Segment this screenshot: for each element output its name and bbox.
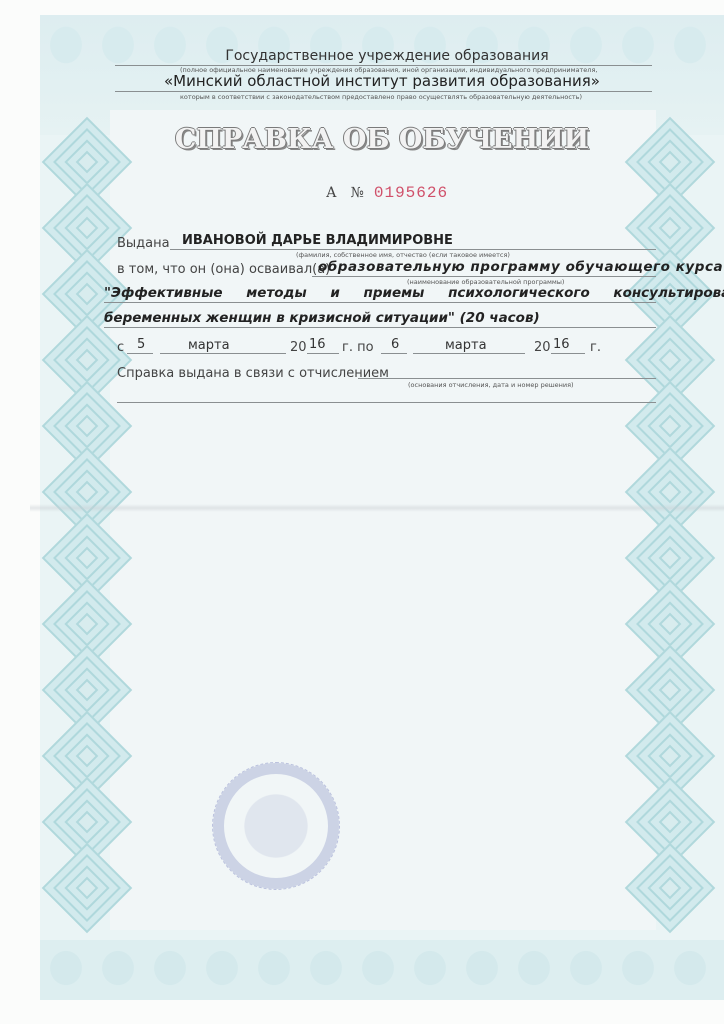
to-year-line: [551, 353, 585, 354]
expulsion-line: [358, 378, 656, 379]
from-label: с: [117, 340, 124, 355]
to-year-prefix: 20: [534, 340, 551, 355]
recipient-caption: (фамилия, собственное имя, отчество (есл…: [296, 251, 510, 259]
issued-to-label: Выдана: [117, 236, 170, 251]
program-line-1: образовательную программу обучающего кур…: [318, 259, 723, 275]
document-content: Государственное учреждение образования (…: [0, 0, 724, 1024]
to-month: марта: [445, 338, 487, 353]
program-line-1-underline: [312, 276, 656, 277]
to-day-line: [381, 353, 407, 354]
end-suffix: г.: [590, 340, 601, 355]
header-line-2: [115, 91, 652, 92]
program-label: в том, что он (она) осваивал(а): [117, 262, 330, 277]
from-month: марта: [188, 338, 230, 353]
document-number: 0195626: [374, 184, 448, 202]
expulsion-caption: (основания отчисления, дата и номер реше…: [408, 381, 574, 389]
from-year: 16: [309, 337, 326, 352]
number-sign: №: [351, 185, 364, 201]
document-title: СПРАВКА ОБ ОБУЧЕНИИ: [0, 124, 724, 155]
from-year-prefix: 20: [290, 340, 307, 355]
recipient-name: ИВАНОВОЙ ДАРЬЕ ВЛАДИМИРОВНЕ: [182, 233, 453, 248]
series-letter: А: [326, 185, 337, 201]
to-label: г. по: [342, 340, 374, 355]
institution-type: Государственное учреждение образования: [0, 48, 724, 64]
expulsion-label: Справка выдана в связи с отчислением: [117, 366, 389, 381]
to-year: 16: [553, 337, 570, 352]
from-month-line: [160, 353, 286, 354]
expulsion-line-2: [117, 402, 656, 403]
from-day-line: [127, 353, 153, 354]
from-year-line: [307, 353, 339, 354]
to-month-line: [413, 353, 525, 354]
institution-name: «Минский областной институт развития обр…: [0, 72, 724, 90]
program-line-2-underline: [104, 302, 656, 303]
program-line-2: "Эффективные методы и приемы психологиче…: [104, 285, 724, 301]
to-day: 6: [391, 337, 399, 352]
header-caption-bottom: которым в соответствии с законодательств…: [180, 93, 582, 101]
from-day: 5: [137, 337, 145, 352]
recipient-line: [170, 249, 656, 250]
program-line-3: беременных женщин в кризисной ситуации" …: [104, 310, 540, 326]
serial-number: А№0195626: [326, 184, 448, 202]
program-line-3-underline: [104, 327, 656, 328]
